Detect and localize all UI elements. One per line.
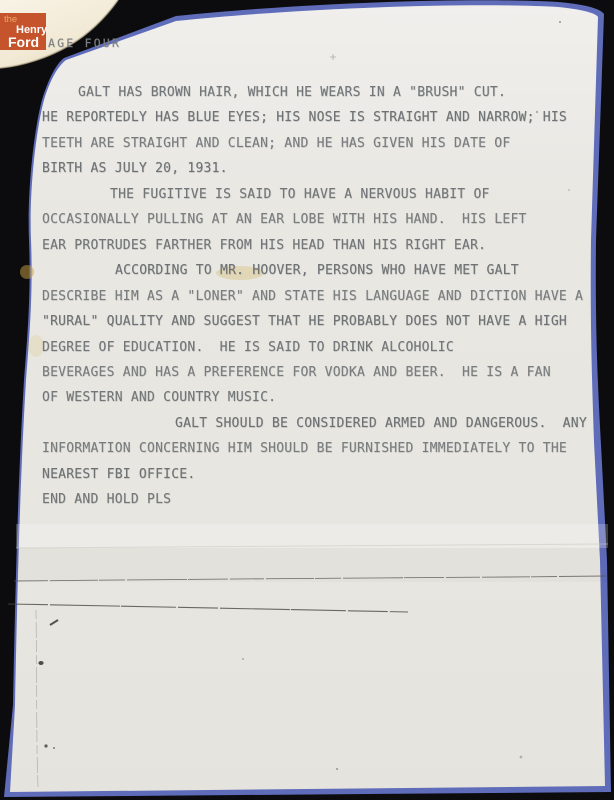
text-line: GALT HAS BROWN HAIR, WHICH HE WEARS IN A…	[42, 80, 602, 105]
edge-stain	[20, 265, 34, 279]
text-line: "RURAL" QUALITY AND SUGGEST THAT HE PROB…	[42, 309, 602, 334]
text-line: INFORMATION CONCERNING HIM SHOULD BE FUR…	[42, 436, 602, 461]
text-line: END AND HOLD PLS	[42, 487, 602, 512]
text-line: HE REPORTEDLY HAS BLUE EYES; HIS NOSE IS…	[42, 105, 602, 130]
page-number-header: AGE FOUR	[48, 36, 121, 50]
text-line: DESCRIBE HIM AS A "LONER" AND STATE HIS …	[42, 284, 602, 309]
text-line: OF WESTERN AND COUNTRY MUSIC.	[42, 385, 602, 410]
text-line: OCCASIONALLY PULLING AT AN EAR LOBE WITH…	[42, 207, 602, 232]
text-line: NEAREST FBI OFFICE.	[42, 462, 602, 487]
text-line: THE FUGITIVE IS SAID TO HAVE A NERVOUS H…	[42, 182, 602, 207]
text-line: EAR PROTRUDES FARTHER FROM HIS HEAD THAN…	[42, 233, 602, 258]
text-line: TEETH ARE STRAIGHT AND CLEAN; AND HE HAS…	[42, 131, 602, 156]
logo-ford-text: Ford	[8, 35, 39, 49]
text-line: GALT SHOULD BE CONSIDERED ARMED AND DANG…	[42, 411, 602, 436]
henry-ford-logo: the Henry Ford	[0, 13, 46, 50]
text-line: ACCORDING TO MR. HOOVER, PERSONS WHO HAV…	[42, 258, 602, 283]
text-line: BIRTH AS JULY 20, 1931.	[42, 156, 602, 181]
photographed-document: the Henry Ford AGE FOUR GALT HAS BROWN H…	[0, 0, 614, 800]
typewritten-text-block: GALT HAS BROWN HAIR, WHICH HE WEARS IN A…	[42, 80, 602, 513]
text-line: BEVERAGES AND HAS A PREFERENCE FOR VODKA…	[42, 360, 602, 385]
text-line: DEGREE OF EDUCATION. HE IS SAID TO DRINK…	[42, 335, 602, 360]
